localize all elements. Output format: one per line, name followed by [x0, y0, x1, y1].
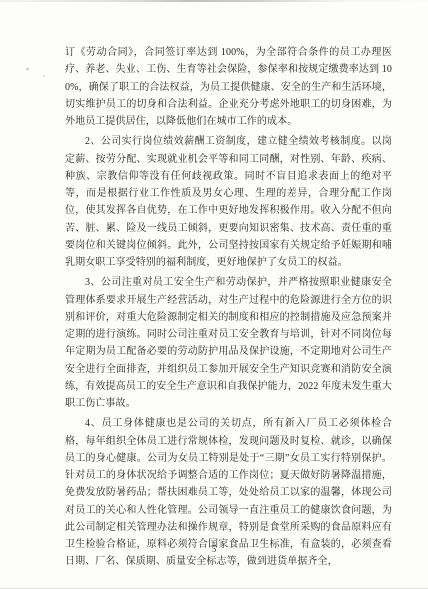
paragraph-continuation: 订《劳动合同》，合同签订率达到 100%，为全部符合条件的员工办理医疗、养老、失…	[65, 44, 392, 130]
paragraph-item-3: 3、公司注重对员工安全生产和劳动保护，并严格按照职业健康安全管理体系要求开展生产…	[65, 274, 392, 412]
paragraph-item-2: 2、公司实行岗位绩效薪酬工资制度，建立健全绩效考核制度。以岗定薪、按劳分配、实现…	[65, 133, 392, 271]
scan-speck-artifact	[26, 68, 29, 70]
scan-speck-artifact	[43, 75, 45, 77]
page-number: 5	[0, 544, 428, 554]
page-text-block: 订《劳动合同》，合同签订率达到 100%，为全部符合条件的员工办理医疗、养老、失…	[65, 44, 392, 574]
scan-edge-artifact-top	[0, 0, 428, 2]
